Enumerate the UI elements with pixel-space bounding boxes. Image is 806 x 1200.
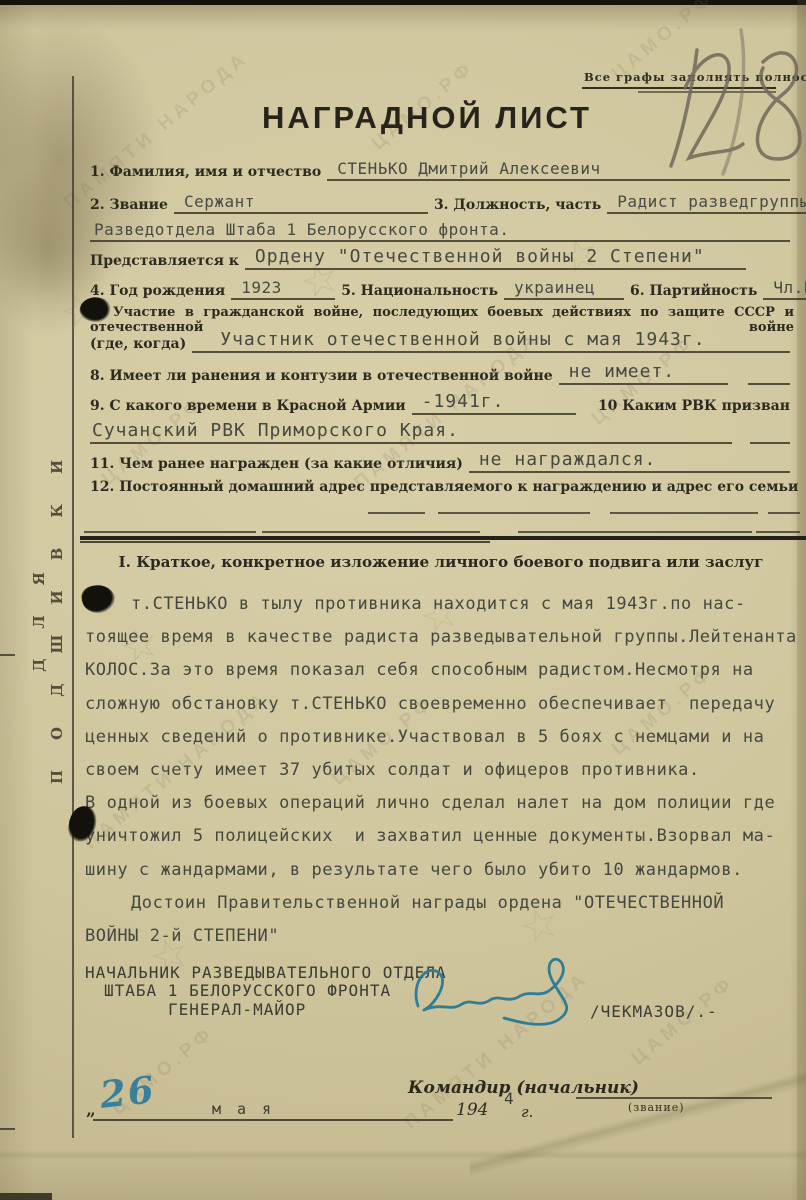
margin-tick <box>0 1128 15 1130</box>
citation-body: т.СТЕНЬКО в тылу противника находится с … <box>85 588 800 953</box>
field-label: 3. Должность, часть <box>434 197 601 215</box>
field-underline: Участник отечественной войны с мая 1943г… <box>192 330 790 353</box>
citation-line: шину с жандармами, в результате чего был… <box>85 854 800 887</box>
field-label: 1. Фамилия, имя и отчество <box>90 164 321 182</box>
field-row-rank-duty: 2. Звание Сержант 3. Должность, часть Ра… <box>90 191 790 214</box>
field-value: не награждался. <box>479 450 657 470</box>
field-row-where-when: (где, когда) Участник отечественной войн… <box>90 330 790 353</box>
blank-line-segment <box>750 428 790 444</box>
field-value: не имеет. <box>569 362 676 382</box>
field-label: 6. Партийность <box>630 283 757 301</box>
approver-position-line1: НАЧАЛЬНИК РАЗВЕДЫВАТЕЛЬНОГО ОТДЕЛА <box>85 963 447 982</box>
field-label: (где, когда) <box>90 336 186 354</box>
approver-position-line2: ШТАБА 1 БЕЛОРУССКОГО ФРОНТА <box>104 981 391 1000</box>
field-underline: украинец <box>504 277 624 300</box>
blank-line-segment <box>438 512 590 514</box>
citation-line: своем счету имеет 37 убитых солдат и офи… <box>85 754 800 787</box>
citation-line: сложную обстановку т.СТЕНЬКО своевременн… <box>85 688 800 721</box>
paper-crease <box>470 1050 806 1200</box>
field-value: Радист разведгруппы <box>617 193 806 211</box>
field-value: Сучанский РВК Приморского Края. <box>92 421 459 441</box>
date-day-handwritten: 26 <box>98 1067 158 1117</box>
citation-line: ценных сведений о противнике.Участвовал … <box>85 721 800 754</box>
section-divider-rule-2 <box>80 541 490 543</box>
citation-line: Достоин Правительственной награды ордена… <box>85 887 800 920</box>
award-sheet-page: ЦАМО.РФ ПАМЯТИ НАРОДА ЦАМО.РФ ЦАМО.РФ ПА… <box>0 0 806 1200</box>
blank-line-segment <box>518 531 752 533</box>
field-underline: -1941г. <box>412 392 576 415</box>
handwritten-page-number <box>645 28 805 178</box>
field-label: 11. Чем ранее награжден (за какие отличи… <box>90 456 463 474</box>
field-value: Чл.ВЛКСМ <box>773 279 806 297</box>
citation-heading: I. Краткое, конкретное изложение личного… <box>90 553 792 571</box>
scan-bottom-edge <box>0 1193 52 1200</box>
field-underline: Сержант <box>174 191 428 214</box>
field-value: Участник отечественной войны с мая 1943г… <box>220 330 705 350</box>
date-open-quote: „ <box>86 1100 96 1120</box>
field-row-birth-nat-party: 4. Год рождения 1923 5. Национальность у… <box>90 277 790 300</box>
field-underline: СТЕНЬКО Дмитрий Алексеевич <box>327 158 790 181</box>
field-row-prior-awards: 11. Чем ранее награжден (за какие отличи… <box>90 450 790 473</box>
citation-line: т.СТЕНЬКО в тылу противника находится с … <box>85 588 800 621</box>
field-label: 4. Год рождения <box>90 283 225 301</box>
approver-rank: ГЕНЕРАЛ-МАЙОР <box>168 1000 306 1019</box>
margin-tick <box>0 654 15 656</box>
approver-typed-name: /ЧЕКМАЗОВ/.- <box>590 1002 718 1021</box>
field-value: -1941г. <box>422 392 505 412</box>
field-value: украинец <box>514 279 595 297</box>
section-divider-rule <box>80 536 806 540</box>
field-value: 1923 <box>241 279 282 297</box>
binding-margin-rule <box>72 76 74 1138</box>
field-underline: Ордену "Отечественной войны 2 Степени" <box>245 247 746 270</box>
document-title: НАГРАДНОЙ ЛИСТ <box>262 100 592 136</box>
field-row-duty-cont: Разведотдела Штаба 1 Белорусского фронта… <box>90 219 790 242</box>
field-value: Сержант <box>184 193 255 211</box>
field-underline: Разведотдела Штаба 1 Белорусского фронта… <box>90 219 790 242</box>
commander-label: Командир (начальник) <box>408 1078 639 1098</box>
blank-line-segment <box>368 512 425 514</box>
field-row-name: 1. Фамилия, имя и отчество СТЕНЬКО Дмитр… <box>90 158 790 181</box>
date-underline <box>93 1119 453 1121</box>
blank-line-segment <box>262 531 480 533</box>
date-month: мая <box>212 1100 287 1118</box>
binding-margin-text: ДЛЯ ПОДШИВКИ <box>30 357 60 857</box>
field-underline: 1923 <box>231 277 335 300</box>
citation-line: В одной из боевых операций лично сделал … <box>85 787 800 820</box>
field-underline: не награждался. <box>469 450 790 473</box>
blank-line-segment <box>84 531 256 533</box>
commander-signature-line <box>576 1097 772 1099</box>
field-underline: Сучанский РВК Приморского Края. <box>90 421 732 444</box>
field-label: 9. С какого времени в Красной Армии <box>90 398 406 416</box>
field-underline: Радист разведгруппы <box>607 191 806 214</box>
field-underline: Чл.ВЛКСМ <box>763 277 806 300</box>
blank-line-segment <box>768 512 800 514</box>
watermark-text: ПАМЯТИ НАРОДА <box>60 47 253 214</box>
field-row-presented: Представляется к Ордену "Отечественной в… <box>90 247 790 270</box>
citation-line: КОЛОС.За это время показал себя способны… <box>85 654 800 687</box>
field-label: 8. Имеет ли ранения и контузии в отечест… <box>90 368 553 386</box>
field-row-wounds: 8. Имеет ли ранения и контузии в отечест… <box>90 362 790 385</box>
field-value: СТЕНЬКО Дмитрий Алексеевич <box>337 160 600 178</box>
field-label: 2. Звание <box>90 197 168 215</box>
field-label: 12. Постоянный домашний адрес представля… <box>90 479 798 497</box>
field-underline: не имеет. <box>559 362 728 385</box>
field-label: Представляется к <box>90 253 239 271</box>
date-year-suffix: г. <box>521 1103 533 1121</box>
date-year-printed: 194 <box>456 1100 488 1120</box>
blank-line-segment <box>756 531 800 533</box>
field-row-address: 12. Постоянный домашний адрес представля… <box>90 479 790 497</box>
rank-caption: (звание) <box>628 1101 685 1114</box>
field-value: Ордену "Отечественной войны 2 Степени" <box>255 247 705 267</box>
blank-line-segment <box>748 369 790 385</box>
field-row-rvk: Сучанский РВК Приморского Края. <box>90 421 790 444</box>
handwritten-signature <box>398 948 613 1043</box>
field-value: Разведотдела Штаба 1 Белорусского фронта… <box>94 221 509 239</box>
blank-line-segment <box>610 512 758 514</box>
field-label: 10 Каким РВК призван <box>598 398 790 416</box>
citation-line: уничтожил 5 полицейских и захватил ценны… <box>85 820 800 853</box>
citation-line: тоящее время в качестве радиста разведыв… <box>85 621 800 654</box>
field-row-army-since: 9. С какого времени в Красной Армии -194… <box>90 392 790 415</box>
field-label: 5. Национальность <box>341 283 498 301</box>
